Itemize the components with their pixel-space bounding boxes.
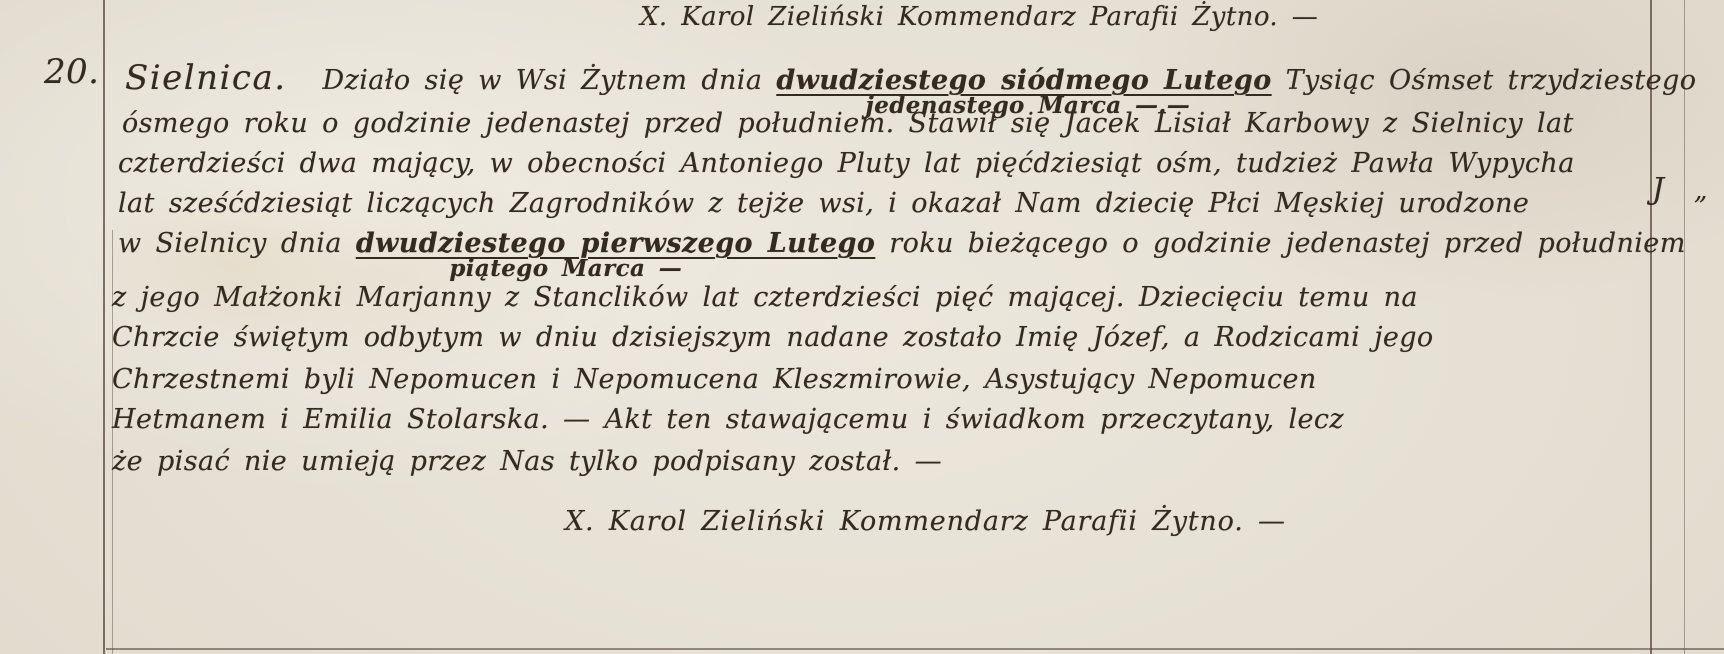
- amended-date-birth: dwudziestego pierwszego Lutego piątego M…: [356, 228, 875, 259]
- record-line-10: że pisać nie umieją przez Nas tylko podp…: [112, 446, 942, 477]
- bottom-rule: [106, 648, 1724, 650]
- record-line-3: czterdzieści dwa mający, w obecności Ant…: [118, 148, 1575, 179]
- line5-opening-text: w Sielnicy dnia: [118, 228, 342, 259]
- record-line-2: ósmego roku o godzinie jedenastej przed …: [122, 108, 1574, 139]
- priest-signature: X. Karol Zieliński Kommendarz Parafii Ży…: [565, 506, 1286, 537]
- record-line-9: Hetmanem i Emilia Stolarska. — Akt ten s…: [112, 404, 1344, 435]
- right-edge-rule: [1684, 0, 1685, 654]
- record-line-8: Chrzestnemi byli Nepomucen i Nepomucena …: [112, 364, 1317, 395]
- record-line-5: w Sielnicy dnia dwudziestego pierwszego …: [118, 228, 1686, 259]
- previous-record-signature: X. Karol Zieliński Kommendarz Parafii Ży…: [640, 2, 1318, 32]
- place-heading: Sielnica.: [125, 58, 309, 98]
- amended-date-registration: dwudziestego siódmego Lutego jedenastego…: [776, 65, 1271, 96]
- register-page-scan: X. Karol Zieliński Kommendarz Parafii Ży…: [0, 0, 1724, 654]
- interlinear-birth-date-correction: piątego Marca —: [449, 255, 682, 282]
- record-line-7: Chrzcie świętym odbytym w dniu dzisiejsz…: [112, 322, 1434, 353]
- record-line-1: Sielnica. Działo się w Wsi Żytnem dnia d…: [125, 58, 1696, 98]
- right-column-rule: [1650, 0, 1652, 654]
- record-number: 20.: [44, 52, 99, 92]
- record-line-6: z jego Małżonki Marjanny z Stanclików la…: [112, 282, 1418, 313]
- left-column-rule: [103, 0, 105, 654]
- line1-opening-text: Działo się w Wsi Żytnem dnia: [323, 65, 763, 96]
- right-margin-note: J: [1652, 172, 1664, 207]
- record-line-4: lat sześćdziesiąt liczących Zagrodników …: [118, 188, 1529, 219]
- right-margin-ditto-mark: „: [1694, 176, 1708, 206]
- line5-closing-text: roku bieżącego o godzinie jedenastej prz…: [889, 228, 1685, 259]
- line1-year-text: Tysiąc Ośmset trzydziestego: [1286, 65, 1697, 96]
